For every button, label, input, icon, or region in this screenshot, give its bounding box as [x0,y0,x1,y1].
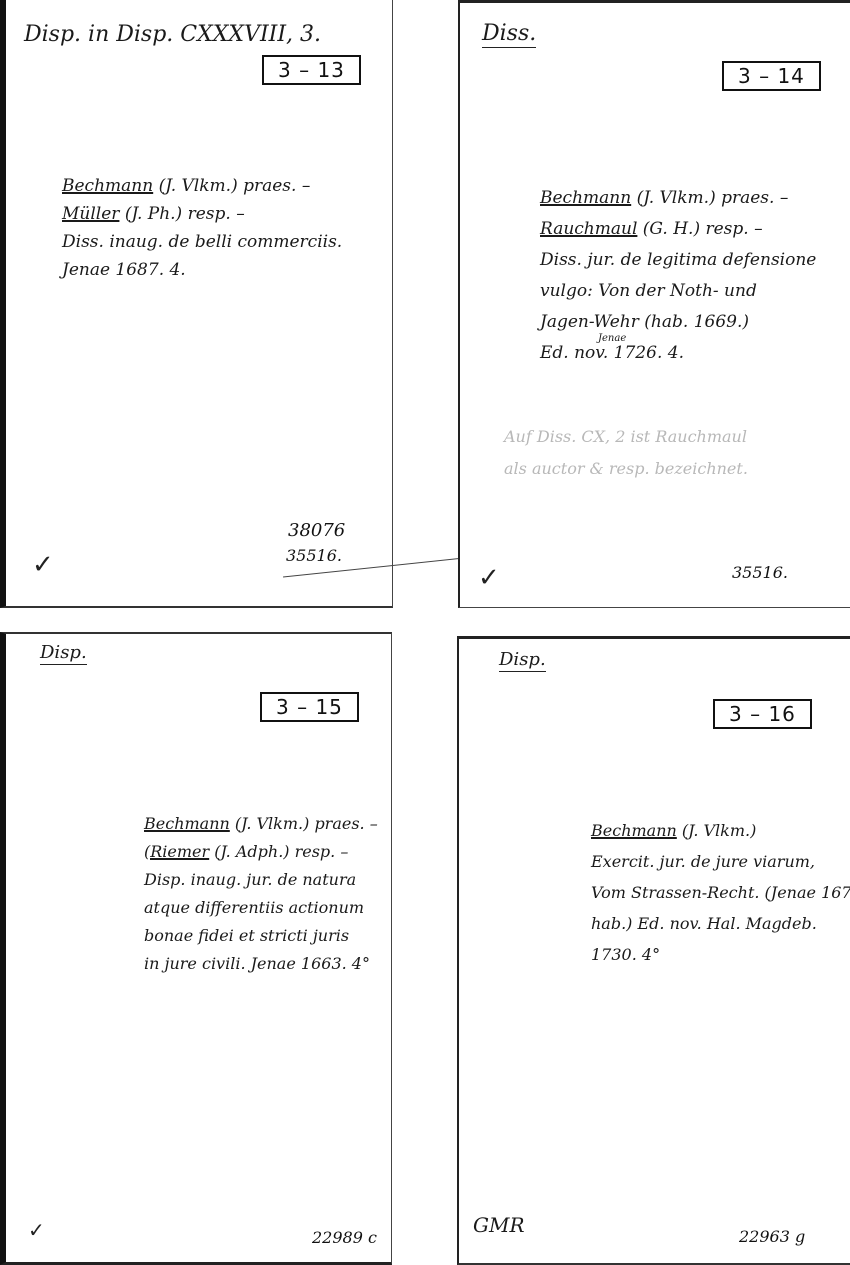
respondent-role: (G. H.) resp. – [637,219,762,239]
entry-line-respondent: Müller (J. Ph.) resp. – [62,200,342,228]
entry-line-title: Diss. inaug. de belli commerciis. [62,228,342,256]
author-role: (J. Vlkm.) praes. – [230,814,378,833]
entry-line-imprint: 1730. 4° [591,939,850,970]
card-entry: Bechmann (J. Vlkm.) praes. – (Riemer (J.… [144,810,378,978]
catalog-card-3-16: Disp. 3 – 16 Bechmann (J. Vlkm.) Exercit… [457,636,850,1265]
call-number-box: 3 – 15 [260,692,359,722]
catalog-card-3-15: Disp. 3 – 15 Bechmann (J. Vlkm.) praes. … [0,632,392,1265]
card-entry: Bechmann (J. Vlkm.) praes. – Rauchmaul (… [540,183,816,369]
entry-line-respondent: Rauchmaul (G. H.) resp. – [540,214,816,245]
entry-line-imprint: Jenae 1687. 4. [62,256,342,284]
card-entry: Bechmann (J. Vlkm.) praes. – Müller (J. … [62,172,342,284]
entry-line-title-cont: bonae fidei et stricti juris [144,922,378,950]
catalog-card-3-13: Disp. in Disp. CXXXVIII, 3. 3 – 13 Bechm… [0,0,393,608]
author-role: (J. Vlkm.) [677,821,757,840]
entry-line-title: Diss. jur. de legitima defensione [540,245,816,276]
accession-number: 38076 [288,520,345,541]
pencil-note-line: Auf Diss. CX, 2 ist Rauchmaul [504,421,748,453]
respondent-name: (Riemer [144,842,209,861]
entry-line-praeses: Bechmann (J. Vlkm.) praes. – [540,183,816,214]
initials-mark: GMR [473,1213,525,1237]
entry-line-title: Exercit. jur. de jure viarum, [591,846,850,877]
entry-line-title-cont: Jagen-Wehr (hab. 1669.) [540,307,816,338]
author-name: Bechmann [62,176,153,196]
card-header: Disp. [40,642,87,665]
pencil-note: Auf Diss. CX, 2 ist Rauchmaul als auctor… [504,421,748,485]
call-number-box: 3 – 16 [713,699,812,729]
entry-line-edition: Ed. nov. 1726. 4. [540,338,816,369]
respondent-name: Rauchmaul [540,219,637,239]
check-mark: ✓ [28,1218,45,1242]
accession-number: 22963 g [739,1227,805,1246]
superscript-place: Jenae [598,333,626,344]
call-number-box: 3 – 14 [722,61,821,91]
entry-line-title-cont: Vom Strassen-Recht. (Jenae 1670 [591,877,850,908]
pencil-note-line: als auctor & resp. bezeichnet. [504,453,748,485]
card-header: Disp. [499,649,546,672]
entry-line-imprint: in jure civili. Jenae 1663. 4° [144,950,378,978]
entry-line-praeses: Bechmann (J. Vlkm.) praes. – [62,172,342,200]
entry-line-respondent: (Riemer (J. Adph.) resp. – [144,838,378,866]
accession-number: 22989 c [312,1228,377,1247]
entry-line-edition: hab.) Ed. nov. Hal. Magdeb. [591,908,850,939]
entry-line-author: Bechmann (J. Vlkm.) [591,815,850,846]
author-name: Bechmann [144,814,230,833]
check-mark: ✓ [32,550,54,580]
call-number-box: 3 – 13 [262,55,361,85]
card-header: Disp. in Disp. CXXXVIII, 3. [24,22,321,47]
respondent-name: Müller [62,204,119,224]
accession-number: 35516. [732,563,788,582]
card-header: Diss. [482,21,536,48]
entry-line-title-cont: vulgo: Von der Noth- und [540,276,816,307]
author-role: (J. Vlkm.) praes. – [153,176,310,196]
card-entry: Bechmann (J. Vlkm.) Exercit. jur. de jur… [591,815,850,970]
author-name: Bechmann [540,188,631,208]
entry-line-praeses: Bechmann (J. Vlkm.) praes. – [144,810,378,838]
author-role: (J. Vlkm.) praes. – [631,188,788,208]
entry-line-title-cont: atque differentiis actionum [144,894,378,922]
catalog-card-3-14: Diss. 3 – 14 Bechmann (J. Vlkm.) praes. … [458,0,850,608]
respondent-role: (J. Adph.) resp. – [209,842,348,861]
author-name: Bechmann [591,821,677,840]
edition-text: Ed. nov. 1726. 4. [540,343,684,363]
entry-line-title: Disp. inaug. jur. de natura [144,866,378,894]
check-mark: ✓ [478,563,500,593]
respondent-role: (J. Ph.) resp. – [119,204,244,224]
